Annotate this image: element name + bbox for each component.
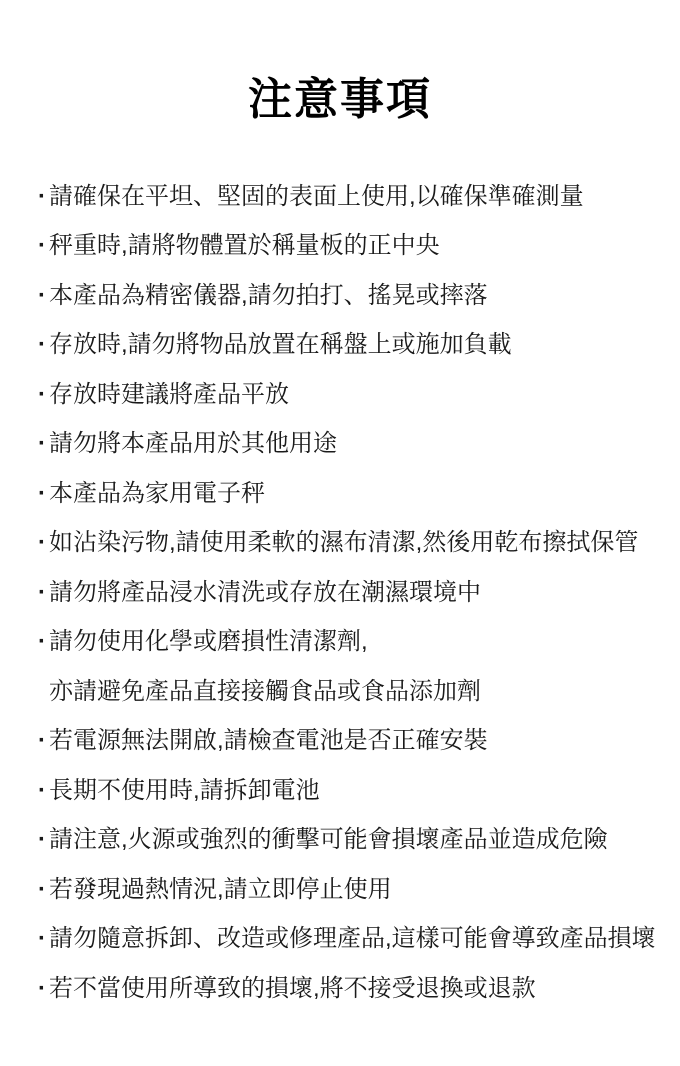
precautions-page: 注意事項 · 請確保在平坦、堅固的表面上使用,以確保準確測量 · 秤重時,請將物…: [0, 0, 680, 1066]
precautions-list: · 請確保在平坦、堅固的表面上使用,以確保準確測量 · 秤重時,請將物體置於稱量…: [38, 172, 672, 1014]
precaution-item: · 若發現過熱情況,請立即停止使用: [38, 865, 672, 915]
precaution-text: 存放時,請勿將物品放置在稱盤上或施加負載: [49, 333, 512, 357]
bullet-marker: ·: [38, 383, 49, 407]
precaution-text: 請注意,火源或強烈的衝擊可能會損壞產品並造成危險: [49, 828, 608, 852]
precaution-item-continuation: · 亦請避免產品直接接觸食品或食品添加劑: [38, 667, 672, 717]
bullet-marker: ·: [38, 581, 49, 605]
page-title: 注意事項: [0, 74, 680, 126]
precaution-item: · 若不當使用所導致的損壞,將不接受退換或退款: [38, 964, 672, 1014]
bullet-marker: ·: [38, 779, 49, 803]
precaution-text: 存放時建議將產品平放: [49, 383, 289, 407]
precaution-text: 請勿將本產品用於其他用途: [49, 432, 337, 456]
precaution-text: 若發現過熱情況,請立即停止使用: [49, 878, 392, 902]
precaution-text: 請勿將產品浸水清洗或存放在潮濕環境中: [49, 581, 481, 605]
precaution-text: 如沾染污物,請使用柔軟的濕布清潔,然後用乾布擦拭保管: [49, 531, 638, 555]
bullet-marker: ·: [38, 333, 49, 357]
bullet-marker: ·: [38, 432, 49, 456]
precaution-text: 請勿隨意拆卸、改造或修理產品,這樣可能會導致產品損壞: [49, 927, 656, 951]
precaution-text: 若電源無法開啟,請檢查電池是否正確安裝: [49, 729, 488, 753]
precaution-text: 亦請避免產品直接接觸食品或食品添加劑: [49, 680, 481, 704]
precaution-text: 本產品為精密儀器,請勿拍打、搖晃或摔落: [49, 284, 488, 308]
bullet-marker: ·: [38, 977, 49, 1001]
bullet-marker: ·: [38, 531, 49, 555]
bullet-marker: ·: [38, 234, 49, 258]
precaution-item: · 請勿隨意拆卸、改造或修理產品,這樣可能會導致產品損壞: [38, 915, 672, 965]
precaution-item: · 本產品為家用電子秤: [38, 469, 672, 519]
precaution-item: · 存放時,請勿將物品放置在稱盤上或施加負載: [38, 321, 672, 371]
precaution-item: · 請注意,火源或強烈的衝擊可能會損壞產品並造成危險: [38, 816, 672, 866]
precaution-item: · 請勿將產品浸水清洗或存放在潮濕環境中: [38, 568, 672, 618]
precaution-item: · 本產品為精密儀器,請勿拍打、搖晃或摔落: [38, 271, 672, 321]
precaution-text: 請確保在平坦、堅固的表面上使用,以確保準確測量: [49, 185, 584, 209]
precaution-text: 秤重時,請將物體置於稱量板的正中央: [49, 234, 440, 258]
precaution-item: · 若電源無法開啟,請檢查電池是否正確安裝: [38, 717, 672, 767]
precaution-item: · 請勿將本產品用於其他用途: [38, 420, 672, 470]
bullet-marker: ·: [38, 185, 49, 209]
precaution-text: 本產品為家用電子秤: [49, 482, 265, 506]
precaution-item: · 請勿使用化學或磨損性清潔劑,: [38, 618, 672, 668]
precaution-item: · 如沾染污物,請使用柔軟的濕布清潔,然後用乾布擦拭保管: [38, 519, 672, 569]
precaution-text: 若不當使用所導致的損壞,將不接受退換或退款: [49, 977, 536, 1001]
precaution-item: · 請確保在平坦、堅固的表面上使用,以確保準確測量: [38, 172, 672, 222]
precaution-item: · 長期不使用時,請拆卸電池: [38, 766, 672, 816]
bullet-marker: ·: [38, 878, 49, 902]
bullet-marker: ·: [38, 927, 49, 951]
bullet-marker: ·: [38, 284, 49, 308]
precaution-text: 請勿使用化學或磨損性清潔劑,: [49, 630, 368, 654]
precaution-text: 長期不使用時,請拆卸電池: [49, 779, 320, 803]
bullet-marker: ·: [38, 482, 49, 506]
precaution-item: · 秤重時,請將物體置於稱量板的正中央: [38, 222, 672, 272]
bullet-marker: ·: [38, 630, 49, 654]
bullet-marker: ·: [38, 729, 49, 753]
precaution-item: · 存放時建議將產品平放: [38, 370, 672, 420]
bullet-marker: ·: [38, 828, 49, 852]
